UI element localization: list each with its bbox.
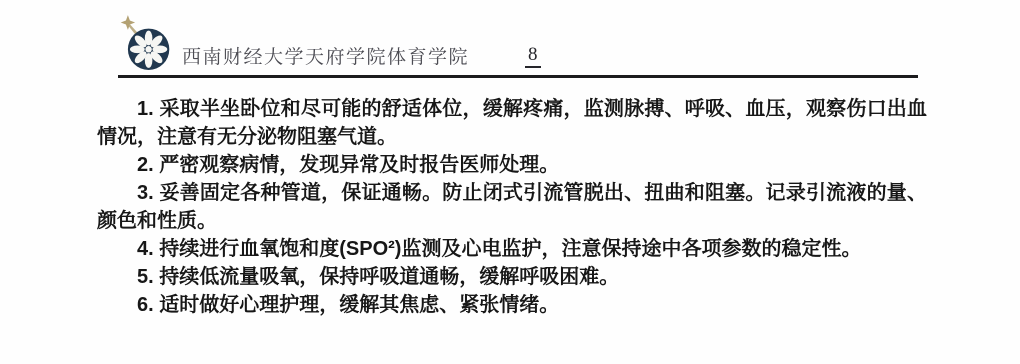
- care-instruction-item: 6. 适时做好心理护理，缓解其焦虑、紧张情绪。: [97, 291, 927, 319]
- header-row: 西南财经大学天府学院体育学院 8: [118, 14, 918, 75]
- header-divider: [118, 75, 918, 78]
- document-body: 1. 采取半坐卧位和尽可能的舒适体位，缓解疼痛，监测脉搏、呼吸、血压，观察伤口出…: [97, 95, 927, 319]
- university-logo-icon: [118, 14, 172, 72]
- page-number: 8: [525, 45, 541, 68]
- page-header: 西南财经大学天府学院体育学院 8: [118, 14, 918, 78]
- care-instruction-item: 1. 采取半坐卧位和尽可能的舒适体位，缓解疼痛，监测脉搏、呼吸、血压，观察伤口出…: [97, 95, 927, 151]
- care-instruction-item: 3. 妥善固定各种管道，保证通畅。防止闭式引流管脱出、扭曲和阻塞。记录引流液的量…: [97, 179, 927, 235]
- care-instruction-item: 5. 持续低流量吸氧，保持呼吸道通畅，缓解呼吸困难。: [97, 263, 927, 291]
- care-instruction-item: 4. 持续进行血氧饱和度(SPO²)监测及心电监护，注意保持途中各项参数的稳定性…: [97, 235, 927, 263]
- care-instruction-item: 2. 严密观察病情，发现异常及时报告医师处理。: [97, 151, 927, 179]
- document-page: 西南财经大学天府学院体育学院 8 1. 采取半坐卧位和尽可能的舒适体位，缓解疼痛…: [0, 0, 1020, 364]
- logo-petals: [130, 31, 167, 68]
- institution-name: 西南财经大学天府学院体育学院: [182, 42, 469, 71]
- logo-sparkle-icon: [121, 15, 135, 30]
